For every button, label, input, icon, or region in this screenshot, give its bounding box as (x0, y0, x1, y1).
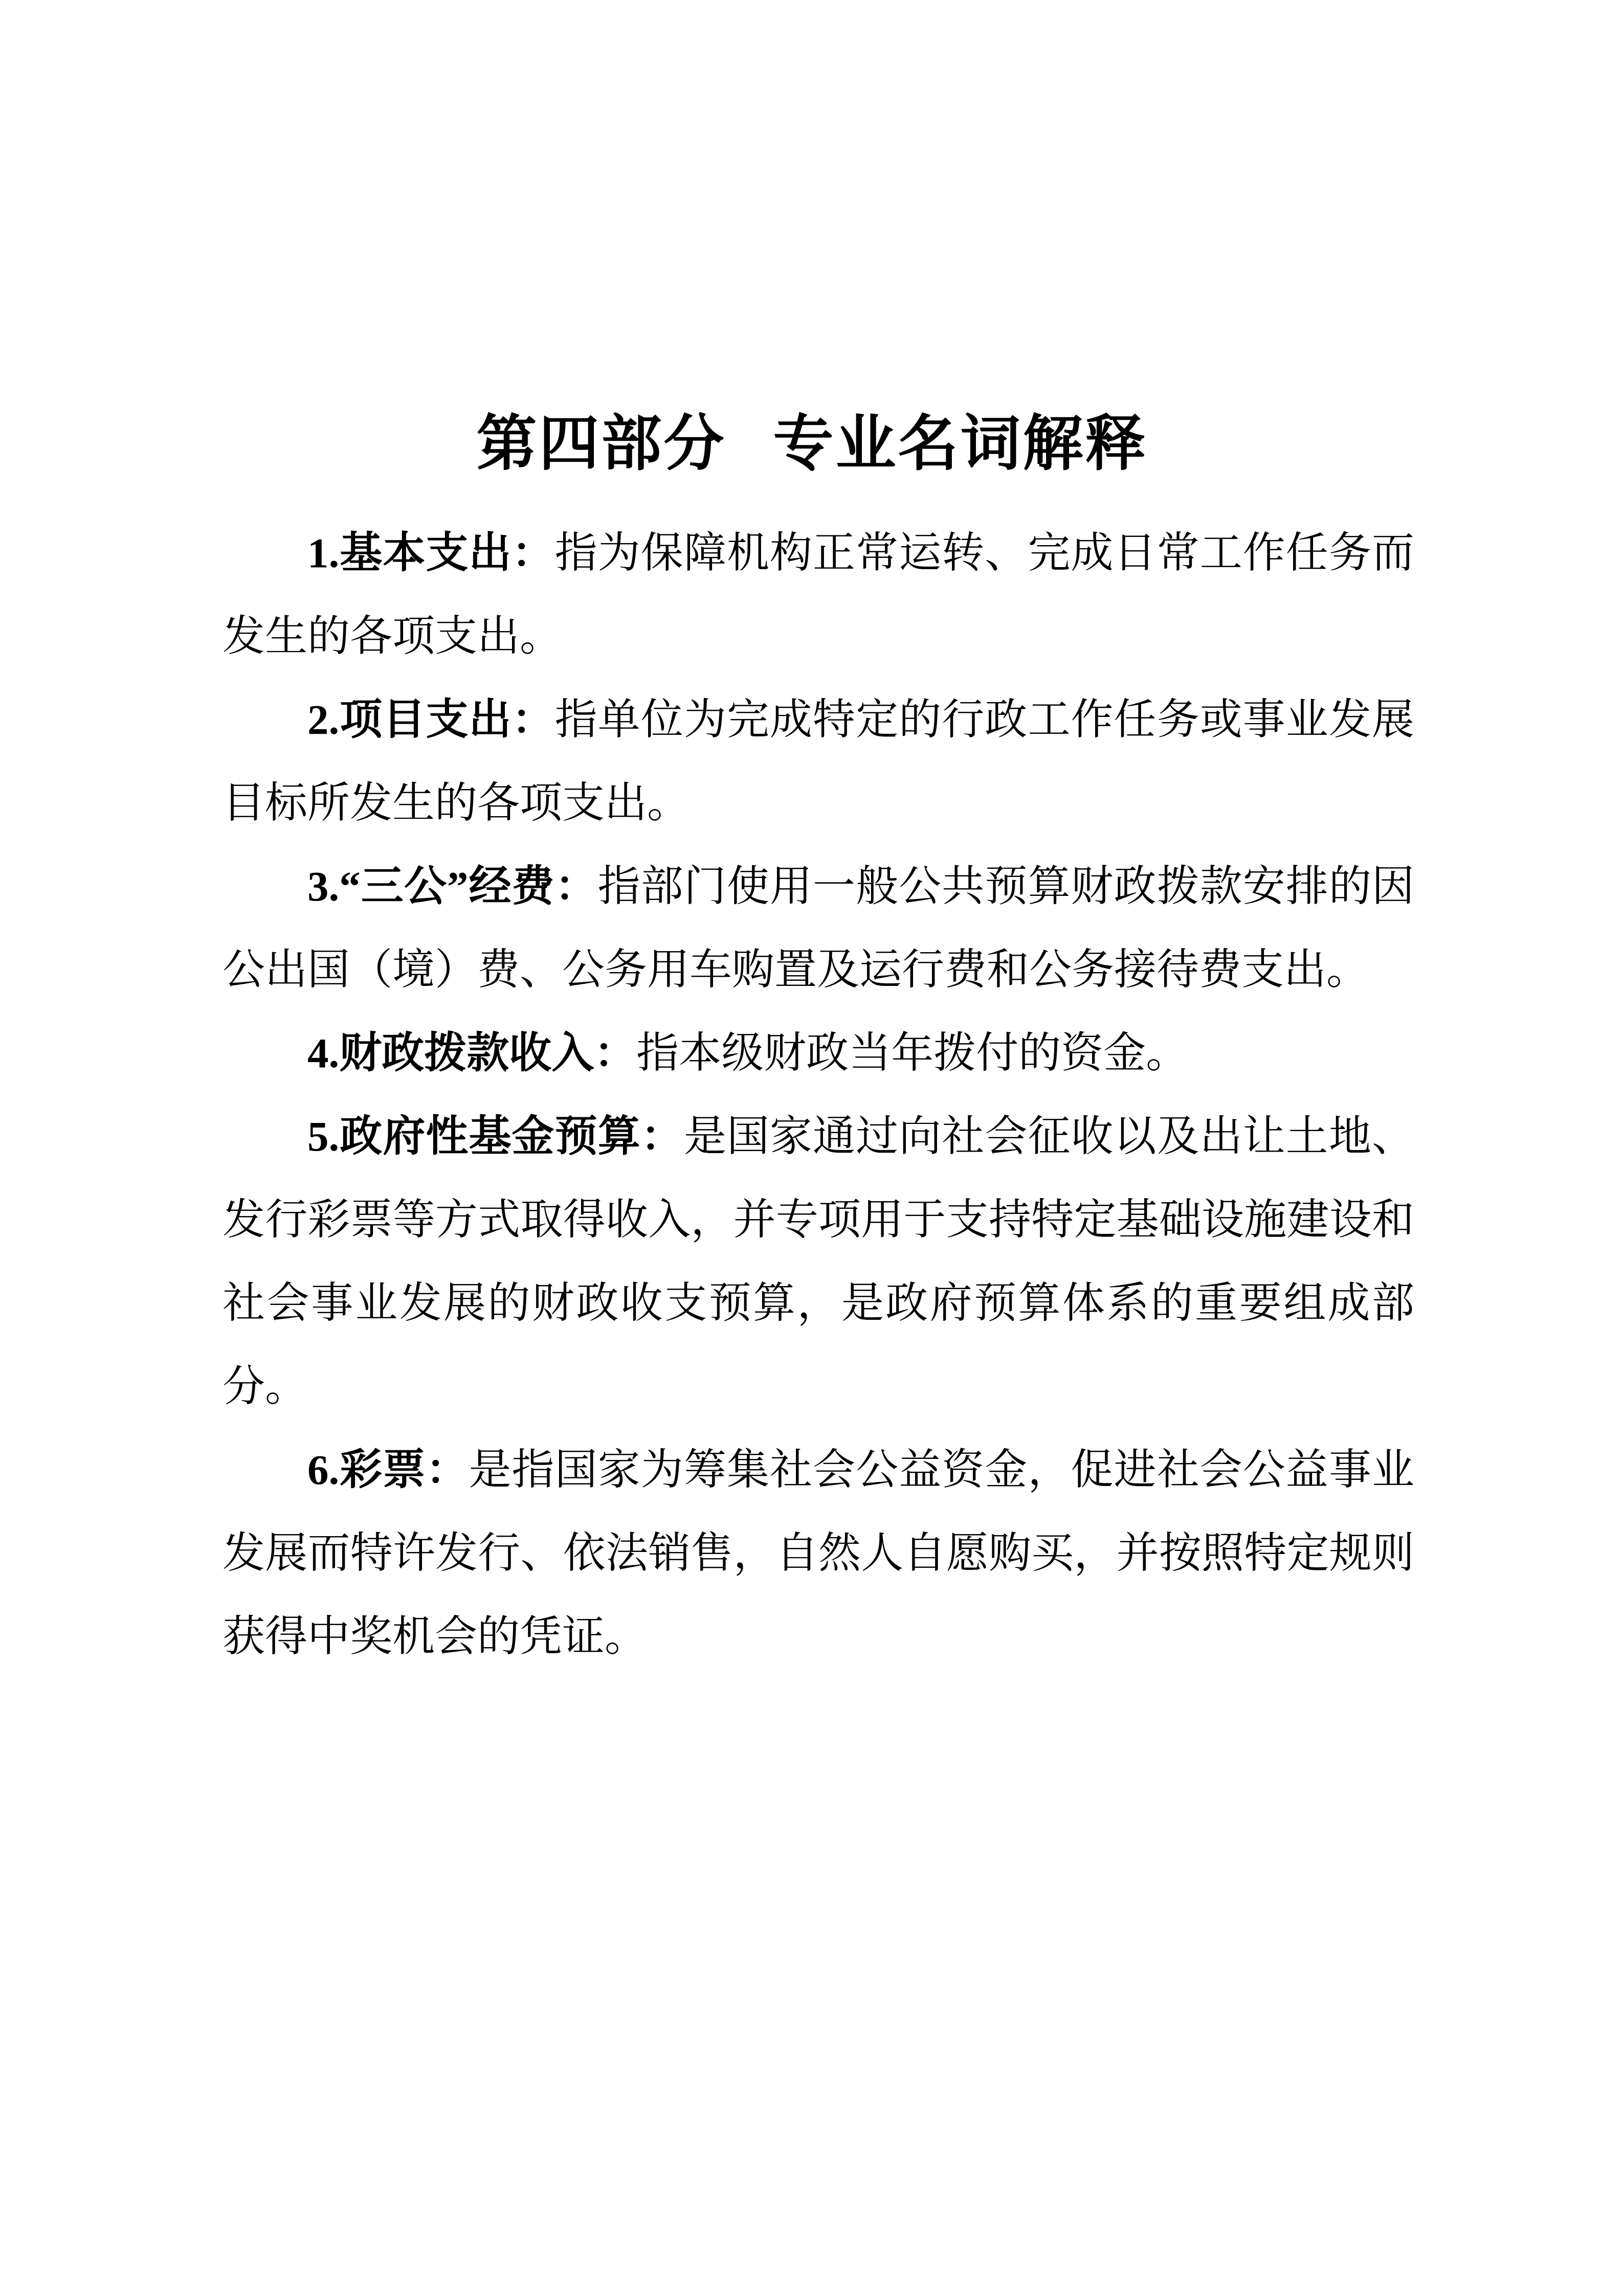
term-paragraph-fiscal-appropriation-income: 4.财政拨款收入：指本级财政当年拨付的资金。 (223, 1011, 1414, 1095)
term-definition: 指本级财政当年拨付的资金。 (636, 1029, 1188, 1076)
term-label: 6.彩票： (307, 1446, 469, 1493)
term-paragraph-government-fund-budget: 5.政府性基金预算：是国家通过向社会征收以及出让土地、发行彩票等方式取得收入，并… (223, 1095, 1414, 1428)
term-label: 4.财政拨款收入： (307, 1029, 636, 1076)
term-paragraph-lottery: 6.彩票：是指国家为筹集社会公益资金，促进社会公益事业发展而特许发行、依法销售，… (223, 1428, 1414, 1678)
term-label: 1.基本支出： (307, 529, 555, 576)
term-paragraph-basic-expenditure: 1.基本支出：指为保障机构正常运转、完成日常工作任务而发生的各项支出。 (223, 511, 1414, 678)
terms-list: 1.基本支出：指为保障机构正常运转、完成日常工作任务而发生的各项支出。 2.项目… (223, 511, 1414, 1678)
term-paragraph-three-public-funds: 3.“三公”经费：指部门使用一般公共预算财政拨款安排的因公出国（境）费、公务用车… (223, 845, 1414, 1011)
term-label: 2.项目支出： (307, 696, 555, 743)
term-paragraph-project-expenditure: 2.项目支出：指单位为完成特定的行政工作任务或事业发展目标所发生的各项支出。 (223, 678, 1414, 845)
term-label: 5.政府性基金预算： (307, 1113, 684, 1160)
term-label: 3.“三公”经费： (307, 863, 598, 910)
document-page: 第四部分 专业名词解释 1.基本支出：指为保障机构正常运转、完成日常工作任务而发… (0, 0, 1624, 2296)
page-title: 第四部分 专业名词解释 (215, 407, 1409, 482)
